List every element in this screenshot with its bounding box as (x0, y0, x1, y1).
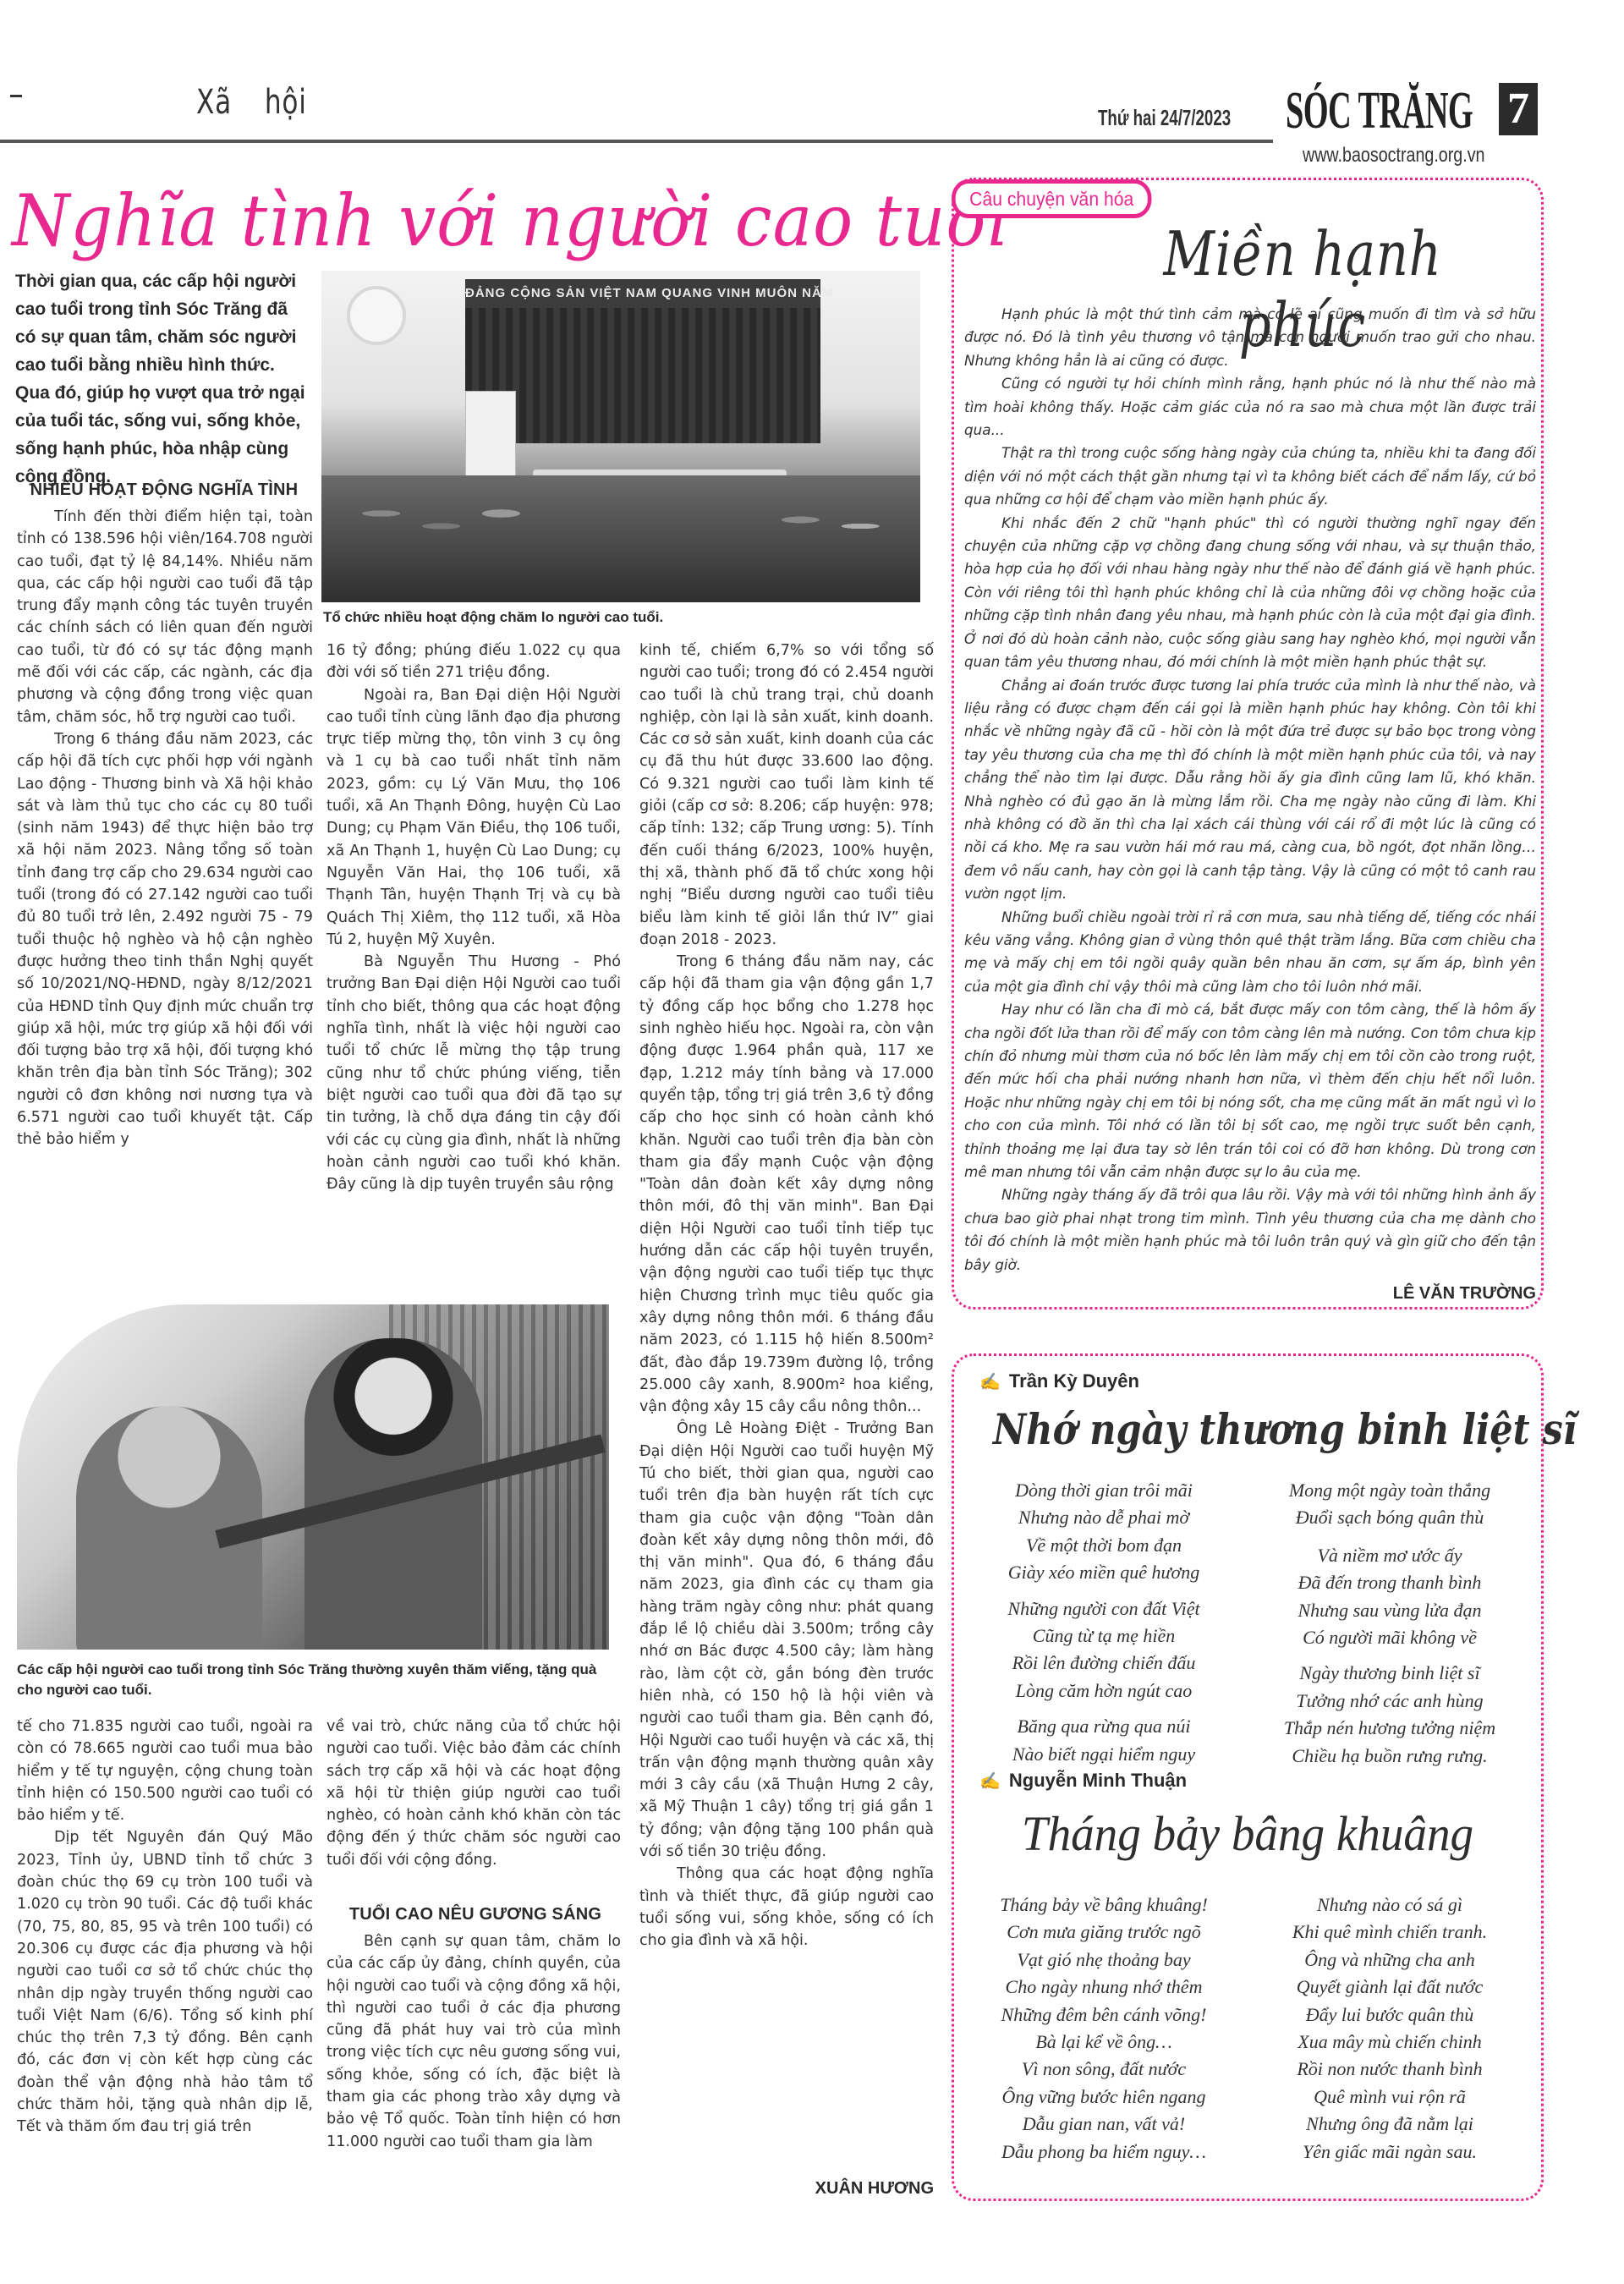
poem-line: Ngày thương binh liệt sĩ (1250, 1660, 1529, 1687)
paragraph: Thật ra thì trong cuộc sống hàng ngày củ… (964, 442, 1536, 511)
paragraph: 16 tỷ đồng; phúng điếu 1.022 cụ qua đời … (326, 640, 621, 684)
poem-line: Đuổi sạch bóng quân thù (1250, 1504, 1529, 1531)
header-rule (0, 140, 1273, 143)
poem-line: Cũng từ tạ mẹ hiền (964, 1622, 1243, 1650)
poem-2-title: Tháng bảy bâng khuâng (967, 1805, 1529, 1862)
poem-2-left-column: Tháng bảy về bâng khuâng! Cơn mưa giăng … (964, 1891, 1243, 2166)
poem-line: Khi quê mình chiến tranh. (1250, 1919, 1529, 1946)
poem-line: Nào biết ngại hiểm nguy (964, 1741, 1243, 1768)
article-column-5: về vai trò, chức năng của tổ chức hội ng… (326, 1716, 621, 1871)
stanza: Mong một ngày toàn thắng Đuổi sạch bóng … (1250, 1477, 1529, 1532)
paragraph: tế cho 71.835 người cao tuổi, ngoài ra c… (17, 1716, 313, 1826)
paragraph: Cũng có người tự hỏi chính mình rằng, hạ… (964, 372, 1536, 442)
pen-writing-icon: ✍ (979, 1771, 1001, 1792)
article-column-1: Tính đến thời điểm hiện tại, toàn tỉnh c… (17, 506, 313, 1151)
stanza: Và niềm mơ ước ấy Đã đến trong thanh bìn… (1250, 1542, 1529, 1652)
paragraph: Ngoài ra, Ban Đại diện Hội Người cao tuổ… (326, 684, 621, 952)
paragraph: Hạnh phúc là một thứ tình cảm mà có lẽ a… (964, 303, 1536, 372)
poem-line: Lòng căm hờn ngút cao (964, 1677, 1243, 1705)
stanza: Những người con đất Việt Cũng từ tạ mẹ h… (964, 1595, 1243, 1705)
stanza: Ngày thương binh liệt sĩ Tưởng nhớ các a… (1250, 1660, 1529, 1770)
poem-line: Ông vững bước hiên ngang (964, 2084, 1243, 2111)
photo-curtain (465, 308, 820, 443)
paragraph: kinh tế, chiếm 6,7% so với tổng số người… (639, 640, 934, 951)
paragraph: Những buổi chiều ngoài trời rỉ rả cơn mư… (964, 906, 1536, 999)
article-column-6: Bên cạnh sự quan tâm, chăm lo của các cấ… (326, 1930, 621, 2153)
culture-story-byline: LÊ VĂN TRƯỜNG (964, 1284, 1536, 1304)
poem-author-name: Nguyễn Minh Thuận (1009, 1770, 1187, 1791)
article-column-2: 16 tỷ đồng; phúng điếu 1.022 cụ qua đời … (326, 640, 621, 1195)
paragraph: Hay như có lần cha đi mò cá, bắt được mấ… (964, 998, 1536, 1183)
photo-visit (17, 1304, 609, 1650)
stanza: Băng qua rừng qua núi Nào biết ngại hiểm… (964, 1713, 1243, 1768)
issue-date: Thứ hai 24/7/2023 (1098, 105, 1231, 131)
culture-story-tag: Câu chuyện văn hóa (952, 179, 1151, 218)
poem-line: Những đêm bên cánh võng! (964, 2001, 1243, 2029)
poem-line: Ông và những cha anh (1250, 1946, 1529, 1974)
poem-1-left-column: Dòng thời gian trôi mãi Nhưng nào dễ pha… (964, 1477, 1243, 1776)
paragraph: Bên cạnh sự quan tâm, chăm lo của các cấ… (326, 1930, 621, 2153)
poem-line: Băng qua rừng qua núi (964, 1713, 1243, 1740)
paragraph: Thông qua các hoạt động nghĩa tình và th… (639, 1863, 934, 1952)
poem-line: Vì non sông, đất nước (964, 2056, 1243, 2083)
poem-line: Cơn mưa giăng trước ngõ (964, 1919, 1243, 1946)
poem-line: Bà lại kể về ông… (964, 2029, 1243, 2056)
poem-line: Giày xéo miền quê hương (964, 1559, 1243, 1586)
poem-1-right-column: Mong một ngày toàn thắng Đuổi sạch bóng … (1250, 1477, 1529, 1778)
poem-line: Nhưng ông đã nằm lại (1250, 2111, 1529, 2138)
article-title: Nghĩa tình với người cao tuổi (12, 179, 1009, 262)
poem-2-author: ✍Nguyễn Minh Thuận (979, 1770, 1187, 1792)
paragraph: Ông Lê Hoàng Điệt - Trưởng Ban Đại diện … (639, 1418, 934, 1863)
culture-story-body: Hạnh phúc là một thứ tình cảm mà có lẽ a… (964, 303, 1536, 1277)
photo-caption-1: Tổ chức nhiều hoạt động chăm lo người ca… (323, 607, 922, 628)
seated-elders (321, 475, 920, 602)
article-byline: XUÂN HƯƠNG (643, 2179, 934, 2199)
poem-line: Xua mây mù chiến chinh (1250, 2029, 1529, 2056)
poem-line: Thắp nén hương tưởng niệm (1250, 1715, 1529, 1742)
poem-line: Vạt gió nhẹ thoảng bay (964, 1946, 1243, 1974)
poem-line: Đã đến trong thanh bình (1250, 1569, 1529, 1596)
paragraph: về vai trò, chức năng của tổ chức hội ng… (326, 1716, 621, 1871)
photo-banner: ĐẢNG CỘNG SẢN VIỆT NAM QUANG VINH MUÔN N… (465, 279, 820, 308)
poem-line: Quyết giành lại đất nước (1250, 1974, 1529, 2001)
poem-line: Cho ngày nhung nhớ thêm (964, 1974, 1243, 2001)
poem-line: Quê mình vui rộn rã (1250, 2084, 1529, 2111)
paragraph: Bà Nguyễn Thu Hương - Phó trưởng Ban Đại… (326, 951, 621, 1195)
stanza: Dòng thời gian trôi mãi Nhưng nào dễ pha… (964, 1477, 1243, 1587)
poem-1-title: Nhớ ngày thương binh liệt sĩ (993, 1404, 1502, 1454)
website-url[interactable]: www.baosoctrang.org.vn (1303, 144, 1485, 167)
poem-line: Những người con đất Việt (964, 1595, 1243, 1622)
poem-2-right-column: Nhưng nào có sá gì Khi quê mình chiến tr… (1250, 1891, 1529, 2166)
poem-line: Tưởng nhớ các anh hùng (1250, 1688, 1529, 1715)
poem-line: Nhưng nào dễ phai mờ (964, 1504, 1243, 1531)
article-column-4: tế cho 71.835 người cao tuổi, ngoài ra c… (17, 1716, 313, 2139)
paragraph: Trong 6 tháng đầu năm nay, các cấp hội đ… (639, 951, 934, 1418)
poem-line: Và niềm mơ ước ấy (1250, 1542, 1529, 1569)
poem-line: Về một thời bom đạn (964, 1532, 1243, 1559)
poem-line: Đẩy lui bước quân thù (1250, 2001, 1529, 2029)
poem-1-author: ✍Trần Kỳ Duyên (979, 1370, 1139, 1392)
article-lede: Thời gian qua, các cấp hội người cao tuổ… (15, 267, 311, 491)
poem-line: Rồi lên đường chiến đấu (964, 1650, 1243, 1677)
poem-line: Rồi non nước thanh bình (1250, 2056, 1529, 2083)
poem-line: Dẫu gian nan, vất vả! (964, 2111, 1243, 2138)
section-name: Xã hội (196, 83, 307, 122)
paragraph: Trong 6 tháng đầu năm 2023, các cấp hội … (17, 728, 313, 1151)
paragraph: Tính đến thời điểm hiện tại, toàn tỉnh c… (17, 506, 313, 728)
poem-line: Dòng thời gian trôi mãi (964, 1477, 1243, 1504)
paragraph: Những ngày tháng ấy đã trôi qua lâu rồi.… (964, 1183, 1536, 1277)
wall-fan (347, 286, 406, 345)
photo-caption-2: Các cấp hội người cao tuổi trong tỉnh Só… (17, 1660, 626, 1700)
header-dash (10, 95, 22, 97)
paragraph: Dịp tết Nguyên đán Quý Mão 2023, Tỉnh ủy… (17, 1826, 313, 2138)
poem-line: Nhưng nào có sá gì (1250, 1891, 1529, 1919)
poem-line: Nhưng sau vùng lửa đạn (1250, 1597, 1529, 1624)
paragraph: Chẳng ai đoán trước được tương lai phía … (964, 674, 1536, 906)
poem-line: Yên giấc mãi ngàn sau. (1250, 2139, 1529, 2166)
poem-line: Chiều hạ buồn rưng rưng. (1250, 1743, 1529, 1770)
newspaper-brand: SÓC TRĂNG (1286, 81, 1473, 141)
photo-meeting: ĐẢNG CỘNG SẢN VIỆT NAM QUANG VINH MUÔN N… (321, 271, 920, 602)
poem-line: Có người mãi không về (1250, 1624, 1529, 1651)
paragraph: Khi nhắc đến 2 chữ "hạnh phúc" thì có ng… (964, 512, 1536, 674)
poem-author-name: Trần Kỳ Duyên (1009, 1370, 1139, 1392)
subheading-2: TUỔI CAO NÊU GƯƠNG SÁNG (332, 1905, 619, 1924)
subheading-1: NHIỀU HOẠT ĐỘNG NGHĨA TÌNH (20, 480, 308, 500)
poem-line: Mong một ngày toàn thắng (1250, 1477, 1529, 1504)
page-number: 7 (1499, 83, 1538, 135)
pen-writing-icon: ✍ (979, 1371, 1001, 1392)
poem-line: Dẫu phong ba hiểm nguy… (964, 2139, 1243, 2166)
poem-line: Tháng bảy về bâng khuâng! (964, 1891, 1243, 1919)
article-column-3: kinh tế, chiếm 6,7% so với tổng số người… (639, 640, 934, 1952)
